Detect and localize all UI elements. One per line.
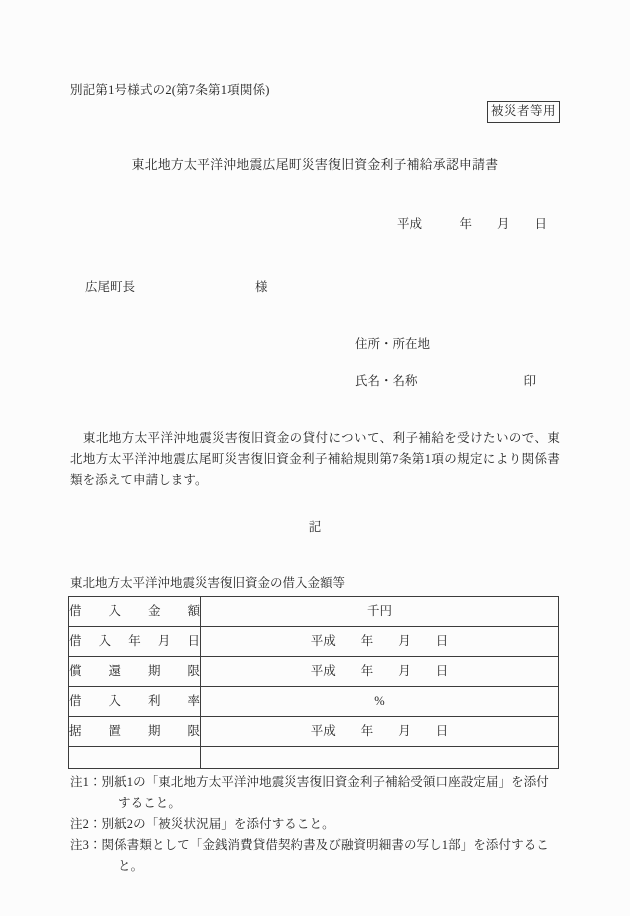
- row-label-borrow-amount: 借入金額: [69, 597, 201, 627]
- row-value-grace-period: 平成 年 月 日: [201, 717, 559, 747]
- row-value-borrow-date: 平成 年 月 日: [201, 627, 559, 657]
- body-paragraph: 東北地方太平洋沖地震災害復旧資金の貸付について、利子補給を受けたいので、東北地方…: [70, 428, 560, 491]
- table-row: 償還期限 平成 年 月 日: [69, 657, 559, 687]
- row-label-grace-period: 据置期限: [69, 717, 201, 747]
- name-label: 氏名・名称: [355, 373, 418, 390]
- date-line: 平成 年 月 日: [70, 216, 560, 233]
- row-label-interest-rate: 借入利率: [69, 687, 201, 717]
- name-blank-space: [418, 373, 524, 390]
- seal-label: 印: [523, 373, 536, 390]
- record-marker: 記: [70, 519, 560, 536]
- audience-badge: 被災者等用: [487, 101, 560, 123]
- table-row-empty: [69, 747, 559, 769]
- row-value-repayment-deadline: 平成 年 月 日: [201, 657, 559, 687]
- table-row: 借入金額 千円: [69, 597, 559, 627]
- loan-table-caption: 東北地方太平洋沖地震災害復旧資金の借入金額等: [70, 575, 560, 592]
- honorific: 様: [255, 280, 268, 294]
- recipient-line: 広尾町長様: [70, 279, 560, 296]
- row-label-repayment-deadline: 償還期限: [69, 657, 201, 687]
- row-value-empty: [201, 747, 559, 769]
- form-number: 別記第1号様式の2(第7条第1項関係): [70, 0, 560, 99]
- document-title: 東北地方太平洋沖地震広尾町災害復旧資金利子補給承認申請書: [70, 157, 560, 174]
- form-content: 別記第1号様式の2(第7条第1項関係) 被災者等用 東北地方太平洋沖地震広尾町災…: [0, 0, 630, 877]
- notes: 注1：別紙1の「東北地方太平洋沖地震災害復旧資金利子補給受領口座設定届」を添付す…: [70, 772, 560, 877]
- form-page: 別記第1号様式の2(第7条第1項関係) 被災者等用 東北地方太平洋沖地震広尾町災…: [0, 0, 630, 916]
- table-row: 据置期限 平成 年 月 日: [69, 717, 559, 747]
- recipient-name: 広尾町長: [85, 279, 255, 296]
- name-line: 氏名・名称 印: [355, 373, 560, 390]
- row-label-borrow-date: 借入年月日: [69, 627, 201, 657]
- note-3: 注3：関係書類として「金銭消費貸借契約書及び融資明細書の写し1部」を添付すること…: [70, 835, 560, 877]
- table-row: 借入利率 %: [69, 687, 559, 717]
- note-1: 注1：別紙1の「東北地方太平洋沖地震災害復旧資金利子補給受領口座設定届」を添付す…: [70, 772, 560, 814]
- loan-table: 借入金額 千円 借入年月日 平成 年 月 日 償還期限 平成 年 月 日 借入利…: [68, 596, 559, 769]
- table-row: 借入年月日 平成 年 月 日: [69, 627, 559, 657]
- badge-row: 被災者等用: [70, 101, 560, 123]
- note-2: 注2：別紙2の「被災状況届」を添付すること。: [70, 814, 560, 835]
- address-label: 住所・所在地: [355, 336, 560, 353]
- row-label-empty: [69, 747, 201, 769]
- row-value-borrow-amount: 千円: [201, 597, 559, 627]
- row-value-interest-rate: %: [201, 687, 559, 717]
